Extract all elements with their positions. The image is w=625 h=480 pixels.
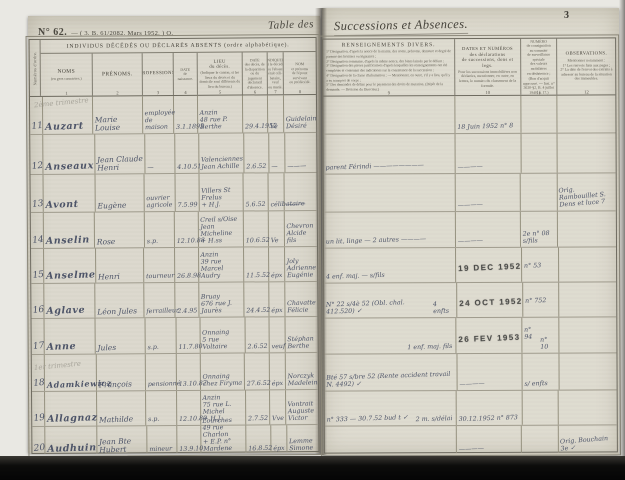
entry-prenoms: Léon Jules bbox=[97, 307, 137, 317]
entry-naissance: 26.8.98 bbox=[177, 273, 201, 281]
entry-divers-2: 1 enf. maj. fils bbox=[407, 344, 452, 352]
entry-stamp-number: n° 53 bbox=[524, 263, 541, 270]
entry-profession: — bbox=[147, 165, 154, 172]
entry-prenoms: Mathilde bbox=[99, 415, 133, 424]
entry-number: 14 bbox=[32, 236, 44, 247]
right-table-header: RENSEIGNEMENTS DIVERS. 1° Désignation, d… bbox=[323, 38, 615, 96]
entry-profession: ferrailleur bbox=[147, 308, 180, 316]
renseignements-notes: 1° Désignation, d'après la notice de la … bbox=[324, 50, 453, 93]
entry-deces: 27.6.52 bbox=[247, 381, 271, 389]
entry-name: Anselme bbox=[46, 270, 96, 282]
entry-prenoms: François bbox=[99, 380, 132, 389]
entry-profession: pensionné bbox=[148, 381, 181, 389]
entry-profession: tourneur bbox=[146, 273, 174, 281]
entry-name: Audhuin bbox=[47, 443, 97, 454]
date-stamp: 24 OCT 1952 bbox=[459, 297, 523, 308]
entry-prenoms: Rose bbox=[97, 238, 116, 247]
entry-lieu: Lourches 49 rue Charlon + E.P. n° Marden… bbox=[203, 418, 245, 454]
entry-declaration-date: ———— bbox=[458, 164, 483, 172]
entry-etat: Vve bbox=[272, 416, 284, 423]
entry-declaration-date: ———— bbox=[459, 381, 484, 389]
entry-lieu: Bruay 676 rue J. Jaurès bbox=[201, 294, 243, 316]
entry-stamp-number: n° 94 bbox=[524, 327, 541, 341]
entry-lieu: Villers St Frelus + H.J. bbox=[201, 188, 231, 210]
entry-profession: mineur bbox=[149, 447, 172, 454]
left-header-main: INDIVIDUS DÉCÉDÉS OU DÉCLARÉS ABSENTS (o… bbox=[41, 38, 316, 96]
entry-divers: 4 enf. maj. — s/fils bbox=[326, 273, 385, 282]
register-row-11-right: 18 Juin 1952 n° 8 bbox=[323, 95, 615, 134]
register-row-17-left: 17 Anne Jules s.p. 11.7.80 Onnaing 5 rue… bbox=[32, 317, 318, 355]
entry-number: 19 bbox=[33, 414, 45, 425]
left-register-table: Numéros d'ordre. INDIVIDUS DÉCÉDÉS OU DÉ… bbox=[29, 37, 320, 454]
entry-prenoms: Jean Claude Henri bbox=[97, 155, 144, 173]
entry-etat: — bbox=[271, 164, 278, 171]
entry-declaration-date: ———— bbox=[457, 202, 482, 210]
register-row-14-left: 14 Anselin Rose s.p. 12.10.88 Creil s/Oi… bbox=[31, 211, 317, 249]
order-number-column-header: Numéros d'ordre. bbox=[30, 40, 41, 96]
entry-name: Aglave bbox=[46, 305, 85, 317]
entry-observation: Orig. Bouchain 3e ✓ bbox=[560, 436, 616, 454]
entry-name: Avont bbox=[45, 199, 78, 211]
document-number: N° 62. bbox=[38, 27, 67, 38]
entry-epoux: ——— bbox=[287, 202, 306, 210]
entry-number: 17 bbox=[33, 342, 45, 353]
col-header-professions: PROFESSIONS. 3 bbox=[143, 53, 174, 95]
entry-observation: Orig. Rambouillet S. Dens et luce 7 bbox=[558, 185, 614, 210]
entry-deces: 2.7.52 bbox=[248, 416, 268, 424]
register-row-19-left: 19 Allagnaz Mathilde s.p. 12.10.80 Anzin… bbox=[32, 390, 318, 427]
entry-declaration-date: ———— bbox=[458, 238, 483, 246]
entry-etat: épx bbox=[273, 446, 285, 453]
entry-epoux: Chevron Alcide fils bbox=[286, 223, 316, 245]
entry-divers: Bté 57 s/bre 52 (Rente accident travail … bbox=[326, 372, 455, 390]
entry-deces: 5.6.52 bbox=[246, 202, 266, 210]
right-register-table: RENSEIGNEMENTS DIVERS. 1° Désignation, d… bbox=[322, 37, 618, 453]
entry-prenoms: Jules bbox=[98, 344, 117, 353]
entry-etat: épx bbox=[271, 273, 283, 280]
entry-divers: n° 333 — 30.7.52 bud t ✓ bbox=[327, 415, 409, 424]
date-stamp: 26 FEV 1953 bbox=[458, 333, 520, 344]
col-header-observations: OBSERVATIONS. Mentionner notamment : 1° … bbox=[558, 38, 616, 94]
entry-deces: 2.6.52 bbox=[247, 344, 267, 352]
entry-etat: épx bbox=[272, 381, 284, 388]
col-header-date-deces: DATE des décès, de la disparition ou du … bbox=[243, 52, 268, 94]
scan-black-band bbox=[0, 456, 625, 480]
page-title-left: Table des bbox=[268, 18, 314, 32]
entry-divers-2: 4 enfts bbox=[433, 302, 453, 316]
entry-name: Anselin bbox=[46, 235, 90, 247]
register-row-17-right: 1 enf. maj. fils 26 FEV 1953 n° 94n° 10 bbox=[324, 317, 616, 354]
entry-lieu: Valenciennes Jean Achille bbox=[201, 157, 243, 172]
entry-etat: Ve bbox=[271, 238, 279, 245]
col-header-dates-numeros: DATES ET NUMÉROS des déclarations de suc… bbox=[455, 39, 521, 95]
register-row-12-right: parent Férindi ———————— ———— bbox=[324, 133, 616, 174]
entry-number: 20 bbox=[33, 444, 45, 454]
entry-lieu: Onnaing chez Firyma bbox=[203, 374, 243, 389]
entry-lieu: Anzin 48 rue P. Berthe bbox=[200, 110, 242, 132]
entry-epoux: Vontrait Auguste Victor bbox=[288, 401, 318, 423]
document-ref-text: — ( 3. B. 61/2082. Mars 1952. ) O. bbox=[71, 30, 173, 37]
entry-epoux: Guidelain Désiré bbox=[286, 116, 317, 131]
entry-lieu: Onnaing 5 rue Voltaire bbox=[202, 330, 244, 352]
entry-naissance: 4.10.51 bbox=[178, 164, 202, 172]
entry-declaration-date: 18 Juin 1952 n° 8 bbox=[457, 123, 513, 132]
register-row-15-left: 15 Anselme Henri tourneur 26.8.98 Anzin … bbox=[31, 247, 317, 284]
entry-name: Anne bbox=[46, 341, 76, 352]
entry-prenoms: Henri bbox=[98, 273, 120, 282]
register-row-19-right: n° 333 — 30.7.52 bud t ✓2 m. s/délai 30.… bbox=[325, 390, 617, 426]
entry-stamp-number: n° 752 bbox=[525, 298, 546, 306]
register-row-14-right: un lit, linge — 2 autres ———— ———— 2e n°… bbox=[324, 211, 616, 248]
entry-divers-2: 2 m. s/délai bbox=[416, 416, 453, 424]
entry-number: 16 bbox=[32, 306, 44, 317]
scan-right-edge bbox=[619, 0, 625, 460]
register-row-12-left: 12 Anseaux Jean Claude Henri — 4.10.51 V… bbox=[30, 133, 316, 175]
entry-deces: 11.5.52 bbox=[246, 273, 270, 281]
entry-epoux: ——— bbox=[287, 164, 306, 172]
entry-epoux: Stéphan Berthe bbox=[288, 336, 315, 351]
col-header-naissance: DATE de naissance. 4 bbox=[174, 53, 198, 95]
entry-naissance: 7.5.99 bbox=[177, 202, 197, 210]
entry-etat: Ve bbox=[270, 124, 278, 131]
left-table-header: Numéros d'ordre. INDIVIDUS DÉCÉDÉS OU DÉ… bbox=[30, 38, 316, 97]
entry-name: Auzart bbox=[45, 121, 84, 133]
entry-deces: 16.8.52 bbox=[248, 446, 272, 454]
entry-declaration-date: ———— bbox=[459, 446, 484, 453]
col-header-renseignements: RENSEIGNEMENTS DIVERS. 1° Désignation, d… bbox=[323, 39, 455, 96]
register-row-13-right: ———— Orig. Rambouillet S. Dens et luce 7 bbox=[324, 173, 616, 212]
entry-naissance: 11.7.80 bbox=[178, 344, 202, 352]
col-header-noms: NOMS (en gros caractères.) 1 bbox=[41, 54, 93, 96]
register-row-15-right: 4 enf. maj. — s/fils 19 DEC 1952 n° 53 bbox=[324, 247, 616, 283]
left-header-columns: NOMS (en gros caractères.) 1 PRÉNOMS. 2 … bbox=[41, 52, 316, 96]
entry-number: 12 bbox=[31, 162, 43, 173]
left-table-body: 11 Auzart Marie Louise employée de maiso… bbox=[30, 95, 318, 454]
entry-deces: 10.6.52 bbox=[246, 238, 270, 246]
entry-naissance: 2.4.95 bbox=[178, 308, 198, 316]
entry-epoux: Chavatte Félicie bbox=[287, 300, 316, 315]
entry-prenoms: Eugène bbox=[97, 201, 126, 210]
entry-numero: n° 10 bbox=[540, 337, 557, 351]
entry-divers: N° 22 s/4è 52 (Obl. chal. 412.520) ✓ bbox=[326, 300, 433, 317]
register-row-20-left: 20 Audhuin Jean Bte Hubert mineur 13.9.1… bbox=[32, 425, 318, 454]
entry-profession: s.p. bbox=[146, 239, 157, 246]
entry-name: Anseaux bbox=[45, 161, 94, 173]
entry-number: 13 bbox=[32, 200, 44, 211]
entry-lieu: Creil s/Oise Jean Micheline + H.ss bbox=[200, 217, 242, 246]
entry-number: 18 bbox=[33, 379, 45, 390]
entry-profession: s.p. bbox=[147, 345, 158, 352]
register-row-16-right: N° 22 s/4è 52 (Obl. chal. 412.520) ✓4 en… bbox=[324, 282, 616, 318]
right-table-body: 18 Juin 1952 n° 8 parent Férindi ———————… bbox=[323, 95, 617, 453]
entry-divers: un lit, linge — 2 autres ———— bbox=[326, 237, 426, 247]
page-title-right: Successions et Absences. bbox=[334, 17, 468, 36]
entry-epoux: Joly Adrienne Eugénie bbox=[287, 258, 317, 280]
entry-declaration-date: 30.12.1952 n° 873 bbox=[459, 415, 518, 424]
entry-numero: s/ enfts bbox=[525, 381, 548, 389]
col-header-lieu-deces: LIEU du décès. (Indiquer le canton, si l… bbox=[198, 53, 243, 95]
register-row-13-left: 13 Avont Eugène ouvrier agricole 7.5.99 … bbox=[31, 173, 317, 213]
col-header-etat-civil: INDIQUER si le décédé ou l'absent était … bbox=[268, 52, 284, 94]
col-header-numero: NUMÉRO de consignation au sommier de sur… bbox=[521, 39, 558, 95]
folio-number: 3 bbox=[564, 10, 569, 21]
entry-epoux: Norczyk Madeleine bbox=[288, 373, 319, 388]
col-header-epoux: NOM et prénoms de l'époux survivant ou p… bbox=[284, 52, 316, 94]
entry-profession: ouvrier agricole bbox=[146, 195, 172, 210]
col-header-prenoms: PRÉNOMS. 2 bbox=[93, 53, 143, 95]
entry-divers: parent Férindi ———————— bbox=[325, 163, 424, 173]
register-row-18-left: 18 Adamkiewicz François pensionné 13.10.… bbox=[32, 353, 318, 392]
register-row-20-right: ———— Orig. Bouchain 3e ✓ bbox=[325, 425, 617, 453]
entry-name: Allagnaz bbox=[47, 413, 98, 425]
entry-number: 11 bbox=[31, 122, 43, 133]
entry-deces: 2.6.52 bbox=[247, 164, 267, 172]
entry-naissance: 13.9.10 bbox=[179, 446, 203, 454]
entry-profession: s.p. bbox=[148, 417, 159, 424]
entry-etat: épx bbox=[272, 308, 284, 315]
entry-profession: employée de maison bbox=[145, 110, 176, 132]
entry-deces: 24.4.52 bbox=[247, 308, 271, 316]
entry-prenoms: Marie Louise bbox=[95, 115, 142, 133]
register-row-16-left: 16 Aglave Léon Jules ferrailleur 2.4.95 … bbox=[31, 282, 317, 319]
entry-etat: veuf bbox=[272, 344, 286, 351]
order-number-label: Numéros d'ordre. bbox=[32, 51, 37, 85]
entry-lieu: Anzin 39 rue Marcel Audry bbox=[201, 252, 243, 281]
entry-number: 15 bbox=[32, 271, 44, 282]
entry-epoux: Lemme Simone bbox=[289, 439, 313, 454]
date-stamp: 19 DEC 1952 bbox=[458, 262, 522, 273]
entry-numero: 2e n° 08 s/fils bbox=[523, 231, 556, 246]
register-row-18-right: Bté 57 s/bre 52 (Rente accident travail … bbox=[324, 353, 616, 391]
entry-prenoms: Jean Bte Hubert bbox=[99, 437, 146, 454]
